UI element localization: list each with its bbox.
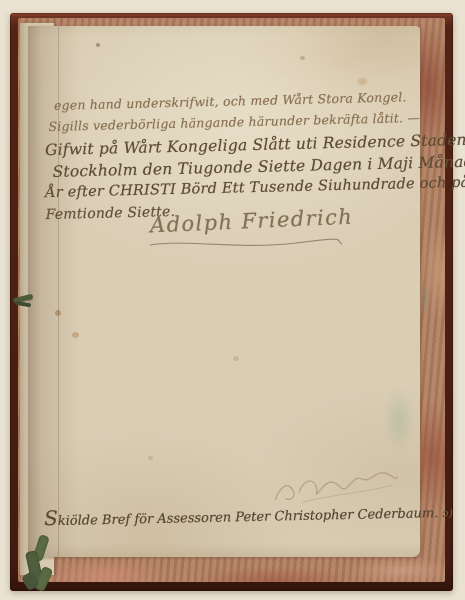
- signature-flourish: [146, 236, 346, 252]
- photo-of-bound-charter: egen hand underskrifwit, och med Wårt St…: [0, 0, 465, 600]
- tie-strand: [15, 301, 31, 308]
- foxing-spot: [358, 78, 367, 85]
- green-braided-ribbon: [22, 533, 72, 591]
- foxing-spot: [96, 43, 100, 47]
- royal-signature: Adolph Friedrich: [150, 205, 354, 238]
- foxing-spot: [233, 356, 239, 361]
- parchment-page: egen hand underskrifwit, och med Wårt St…: [28, 26, 420, 557]
- page-crease: [58, 26, 59, 557]
- green-smudge: [384, 388, 414, 452]
- endorsement-title: Skiölde Bref för Assessoren Peter Christ…: [44, 498, 453, 531]
- green-tie-remnant: [11, 293, 37, 309]
- foxing-spot: [148, 456, 153, 460]
- manuscript-line: Sigills vederbörliga hängande härunder b…: [48, 110, 420, 134]
- flourish-mark: ɔ): [438, 507, 453, 520]
- leather-binding: egen hand underskrifwit, och med Wårt St…: [10, 13, 453, 591]
- green-smudge-edge: [420, 281, 430, 315]
- manuscript-line: egen hand underskrifwit, och med Wårt St…: [54, 89, 407, 113]
- endorsement-text: Skiölde Bref för Assessoren Peter Christ…: [44, 506, 439, 529]
- foxing-spot: [72, 332, 79, 338]
- foxing-spot: [300, 56, 305, 60]
